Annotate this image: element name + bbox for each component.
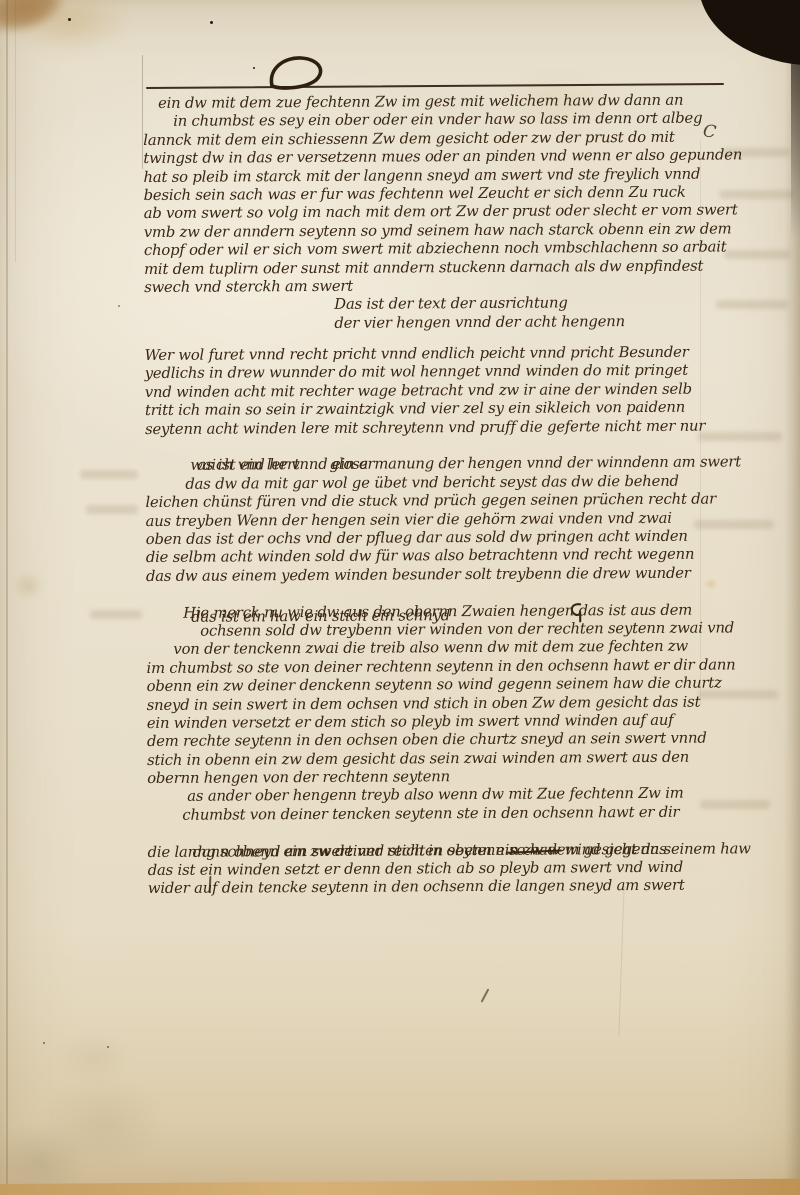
smudge (12, 572, 44, 600)
show-through-text (719, 190, 793, 199)
parchment-page: C ein dw mit dem zue fechtenn Zw im gest… (0, 0, 800, 1195)
smudge (58, 1032, 130, 1084)
manuscript-line: das dw aus einem yedem winden besunder s… (146, 564, 728, 586)
fold-crease (6, 0, 8, 1195)
manuscript-photo: C ein dw mit dem zue fechtenn Zw im gest… (0, 0, 800, 1195)
text-block: ein dw mit dem zue fechtenn Zw im gest m… (143, 91, 730, 898)
show-through-text (86, 505, 138, 514)
ink-speck (107, 1046, 109, 1048)
heading-line: Das ist der text der ausrichtung (334, 294, 726, 315)
paragraph-continuation: ein dw mit dem zue fechtenn Zw im gest m… (143, 91, 726, 297)
paragraph-verse: Wer wol furet vnnd recht pricht vnnd end… (145, 344, 728, 458)
show-through-text (90, 610, 142, 619)
fold-crease (15, 0, 16, 262)
show-through-text (80, 470, 138, 479)
pen-flourish-loop (266, 53, 330, 91)
ink-speck (68, 18, 71, 21)
manuscript-line: wider auf dein tencke seytenn in den och… (148, 877, 730, 899)
struck-through-words: so haw (509, 841, 560, 858)
show-through-text (716, 300, 788, 309)
ink-speck (210, 21, 213, 24)
heading-line: der vier hengen vnnd der acht hengenn (334, 312, 726, 333)
ink-speck (43, 1042, 45, 1044)
manuscript-line: mit dem tuplirn oder sunst mit anndern s… (144, 257, 726, 279)
paragraph-hie-merck: Hie merck nu wie dw aus den obernn Zwaie… (146, 601, 729, 788)
manuscript-line: seytenn acht winden lere mit schreytenn … (145, 417, 727, 439)
show-through-text (724, 250, 790, 259)
ink-speck (253, 67, 255, 69)
manuscript-line: chumbst von deiner tencken seytenn ste i… (182, 803, 729, 825)
paragraph-glosa: as ist ein ler vnnd ein ermanung der hen… (145, 454, 728, 605)
ink-speck (118, 305, 120, 307)
section-heading: Das ist der text der ausrichtung der vie… (334, 294, 726, 333)
paragraph-ander-hengen: as ander ober hengenn treyb also wenn dw… (147, 785, 730, 899)
manuscript-line: stich in obenn ein zw dem gesicht das se… (147, 748, 729, 770)
